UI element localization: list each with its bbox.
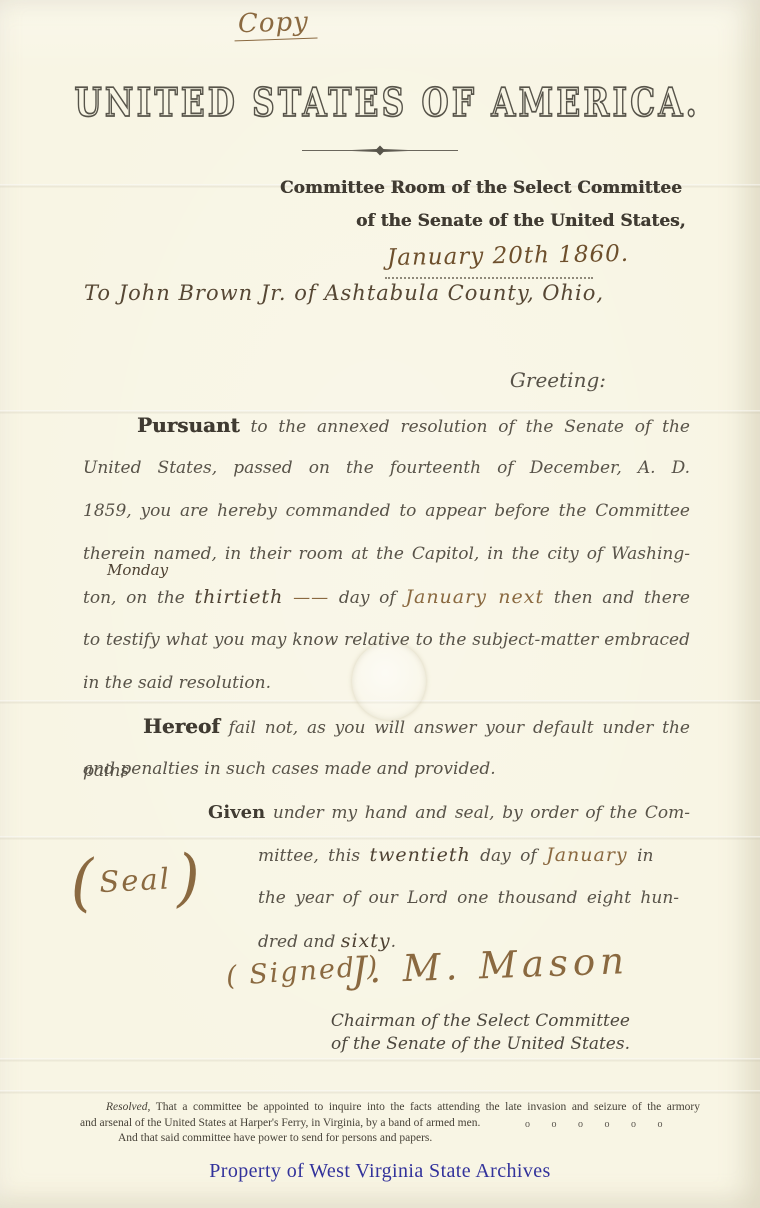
fold-crease bbox=[0, 1058, 760, 1062]
resolution-marks: o o o o o o bbox=[525, 1117, 663, 1133]
body-line: to testify what you may know relative to… bbox=[83, 619, 690, 662]
committee-heading-line2: of the Senate of the United States, bbox=[356, 211, 686, 231]
handwritten-dash: —— bbox=[293, 588, 329, 608]
handwritten-month: January next bbox=[405, 586, 544, 608]
divider-wing-right bbox=[382, 149, 408, 152]
committee-heading-line1: Committee Room of the Select Committee bbox=[280, 178, 682, 198]
handwritten-day: twentieth bbox=[370, 844, 471, 866]
body-line: in the said resolution. bbox=[83, 662, 690, 705]
document-page: Copy UNITED STATES OF AMERICA. Committee… bbox=[0, 0, 760, 1208]
chairman-title-line2: of the Senate of the United States. bbox=[331, 1033, 630, 1056]
body-text: dred and bbox=[258, 932, 335, 952]
body-text: ton, on the bbox=[83, 588, 185, 608]
seal-paren-close: ) bbox=[174, 840, 202, 914]
document-title: UNITED STATES OF AMERICA. bbox=[74, 80, 682, 126]
handwritten-month: January bbox=[546, 844, 628, 866]
seal-paren-open: ( bbox=[68, 845, 96, 919]
addressee-line: To John Brown Jr. of Ashtabula County, O… bbox=[84, 281, 604, 305]
body-text: day of bbox=[480, 846, 537, 866]
chairman-title-line1: Chairman of the Select Committee bbox=[331, 1010, 630, 1033]
lead-word-hereof: Hereof bbox=[143, 714, 220, 738]
ornament-divider bbox=[302, 149, 458, 152]
attestation-paragraph: Given under my hand and seal, by order o… bbox=[258, 791, 690, 963]
dotted-rule bbox=[385, 277, 593, 279]
body-line: the year of our Lord one thousand eight … bbox=[258, 877, 690, 920]
chairman-title: Chairman of the Select Committee of the … bbox=[331, 1010, 630, 1056]
lead-word-given: Given bbox=[208, 802, 265, 823]
lead-word-pursuant: Pursuant bbox=[137, 413, 240, 437]
resolution-line2: and arsenal of the United States at Harp… bbox=[80, 1116, 700, 1132]
fold-crease bbox=[0, 1090, 760, 1094]
body-line: 1859, you are hereby commanded to appear… bbox=[83, 490, 690, 533]
resolution-text: That a committee be appointed to inquire… bbox=[156, 1101, 700, 1113]
body-line: Pursuant to the annexed resolution of th… bbox=[83, 404, 690, 447]
handwritten-date: January 20th 1860. bbox=[387, 241, 629, 271]
body-line: therein named, in their room at the Capi… bbox=[83, 533, 690, 576]
body-line-fill-in: Monday ton, on the thirtieth —— day of J… bbox=[83, 576, 690, 619]
body-text: to the annexed resolution of the Senate … bbox=[250, 417, 690, 437]
body-text: mittee, this bbox=[258, 846, 360, 866]
divider-diamond-icon bbox=[375, 146, 385, 156]
seal-annotation: ( Seal ) bbox=[68, 836, 212, 923]
resolution-text: and arsenal of the United States at Harp… bbox=[80, 1117, 480, 1129]
resolution-footnote: Resolved, That a committee be appointed … bbox=[80, 1100, 700, 1147]
resolved-lead: Resolved, bbox=[106, 1101, 150, 1113]
body-text: under my hand and seal, by order of the … bbox=[273, 803, 690, 823]
handwritten-weekday: Monday bbox=[107, 563, 168, 578]
signature-j-m-mason: J. M. Mason bbox=[351, 939, 629, 992]
body-text: in bbox=[637, 846, 653, 866]
handwritten-day: thirtieth bbox=[195, 586, 284, 608]
body-line: Hereof fail not, as you will answer your… bbox=[83, 705, 690, 748]
body-line-fill-in: mittee, this twentieth day of January in bbox=[258, 834, 690, 877]
body-line: and penalties in such cases made and pro… bbox=[83, 748, 690, 791]
copy-annotation: Copy bbox=[233, 7, 317, 42]
resolution-line3: And that said committee have power to se… bbox=[80, 1131, 700, 1147]
body-text: day of bbox=[339, 588, 396, 608]
salutation: Greeting: bbox=[510, 368, 606, 392]
archive-stamp: Property of West Virginia State Archives bbox=[0, 1160, 760, 1183]
resolution-line1: Resolved, That a committee be appointed … bbox=[80, 1100, 700, 1116]
seal-word: Seal bbox=[98, 861, 171, 899]
body-text: then and there bbox=[554, 588, 690, 608]
body-line: United States, passed on the fourteenth … bbox=[83, 447, 690, 490]
body-line: Given under my hand and seal, by order o… bbox=[258, 791, 690, 834]
